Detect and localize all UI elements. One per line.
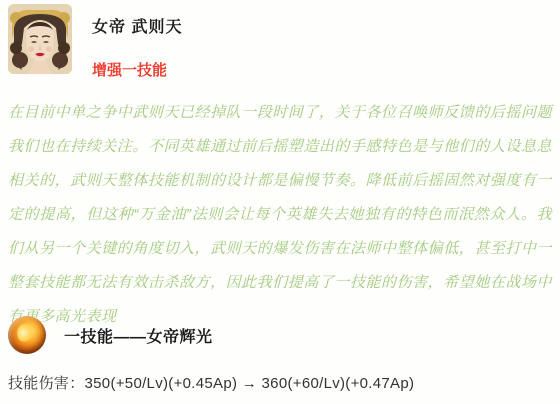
skill-damage-line: 技能伤害：350(+50/Lv)(+0.45Ap) → 360(+60/Lv)(… — [8, 372, 414, 393]
skill-fireball-icon — [8, 316, 46, 354]
skill-title: 一技能——女帝辉光 — [64, 324, 213, 347]
hero-name: 女帝 武则天 — [92, 14, 182, 37]
damage-old-value: 350(+50/Lv)(+0.45Ap) — [85, 375, 238, 392]
skill-row: 一技能——女帝辉光 — [8, 316, 213, 354]
damage-new-value: 360(+60/Lv)(+0.47Ap) — [262, 375, 415, 392]
designer-commentary: 在目前中单之争中武则天已经掉队一段时间了，关于各位召唤师反馈的后摇问题我们也在持… — [8, 96, 552, 334]
buff-tag: 增强一技能 — [92, 59, 182, 80]
hero-header: 女帝 武则天 增强一技能 — [8, 4, 182, 80]
arrow-glyph: → — [237, 375, 261, 392]
patch-note-page: 女帝 武则天 增强一技能 在目前中单之争中武则天已经掉队一段时间了，关于各位召唤… — [0, 0, 560, 404]
hero-header-text: 女帝 武则天 增强一技能 — [92, 4, 182, 80]
damage-label: 技能伤害： — [8, 375, 85, 392]
hero-avatar-icon — [8, 4, 72, 74]
